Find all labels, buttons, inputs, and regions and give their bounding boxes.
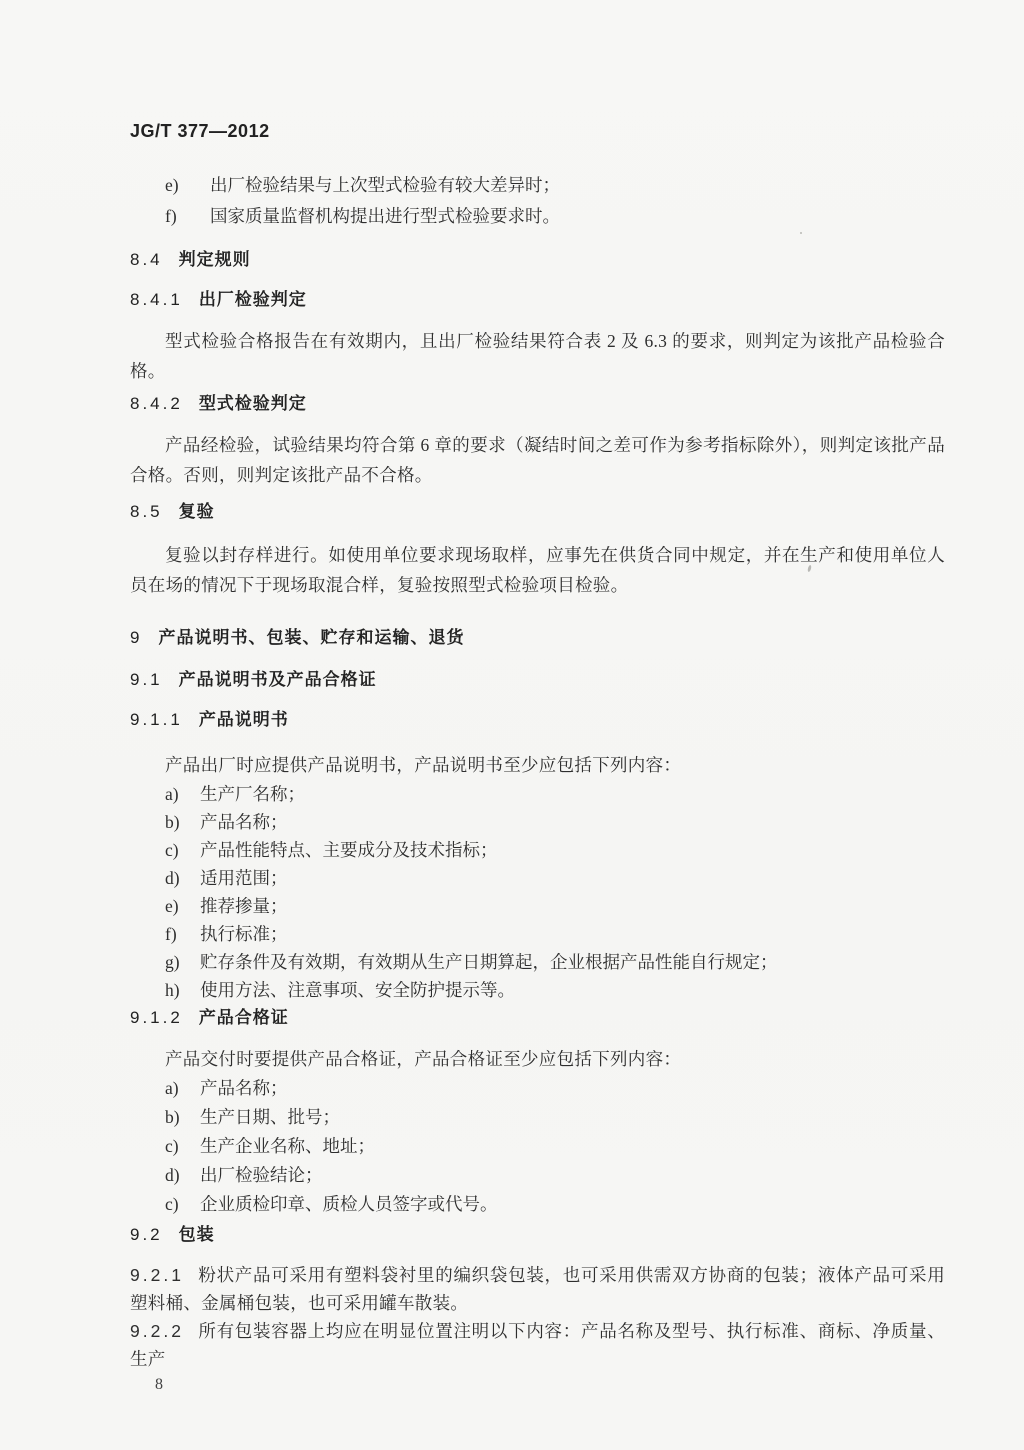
section-heading-8-4: 8.4判定规则	[130, 248, 945, 272]
paragraph-text: 粉状产品可采用有塑料袋衬里的编织袋包装，也可采用供需双方协商的包装；液体产品可采…	[130, 1265, 945, 1313]
list-marker: d)	[165, 1161, 200, 1190]
list-item: a) 产品名称；	[165, 1074, 945, 1103]
list-marker: c)	[165, 1132, 200, 1161]
list-item: b) 产品名称；	[165, 808, 945, 836]
section-heading-8-4-2: 8.4.2型式检验判定	[130, 392, 945, 416]
clause-title: 型式检验判定	[199, 394, 307, 413]
list-marker: b)	[165, 1103, 200, 1132]
list-item: f) 国家质量监督机构提出进行型式检验要求时。	[165, 201, 945, 232]
list-marker: e)	[165, 170, 210, 201]
list-item-text: 使用方法、注意事项、安全防护提示等。	[200, 976, 515, 1004]
list-item-text: 生产厂名称；	[200, 780, 305, 808]
clause-number: 9	[130, 628, 142, 647]
list-marker: c)	[165, 1190, 200, 1219]
section-heading-9: 9产品说明书、包装、贮存和运输、退货	[130, 626, 945, 650]
clause-title: 包装	[179, 1225, 215, 1244]
page-number: 8	[155, 1373, 945, 1397]
list-item: c) 产品性能特点、主要成分及技术指标；	[165, 836, 945, 864]
clause-title: 出厂检验判定	[199, 290, 307, 309]
clause-number: 8.4.2	[130, 394, 183, 413]
section-heading-8-5: 8.5复验	[130, 500, 945, 524]
paragraph-8-4-1: 型式检验合格报告在有效期内，且出厂检验结果符合表 2 及 6.3 的要求，则判定…	[130, 326, 945, 386]
list-item-text: 适用范围；	[200, 864, 288, 892]
list-item-text: 国家质量监督机构提出进行型式检验要求时。	[210, 201, 560, 232]
clause-title: 产品说明书及产品合格证	[179, 670, 377, 689]
list-marker: b)	[165, 808, 200, 836]
paragraph-9-2-2: 9.2.2所有包装容器上均应在明显位置注明以下内容：产品名称及型号、执行标准、商…	[130, 1317, 945, 1373]
list-item-text: 生产日期、批号；	[200, 1103, 340, 1132]
section-heading-9-1-1: 9.1.1产品说明书	[130, 708, 945, 732]
list-item-text: 推荐掺量；	[200, 892, 288, 920]
section-heading-9-1: 9.1产品说明书及产品合格证	[130, 668, 945, 692]
section-heading-9-2: 9.2包装	[130, 1223, 945, 1247]
list-item-text: 出厂检验结论；	[200, 1161, 323, 1190]
list-marker: g)	[165, 948, 200, 976]
paragraph-9-1-1-intro: 产品出厂时应提供产品说明书，产品说明书至少应包括下列内容：	[130, 750, 945, 780]
clause-number: 8.5	[130, 502, 163, 521]
list-marker: e)	[165, 892, 200, 920]
list-item: c) 企业质检印章、质检人员签字或代号。	[165, 1190, 945, 1219]
instruction-manual-contents-list: a) 生产厂名称； b) 产品名称； c) 产品性能特点、主要成分及技术指标； …	[165, 780, 945, 1004]
list-item: g) 贮存条件及有效期，有效期从生产日期算起，企业根据产品性能自行规定；	[165, 948, 945, 976]
clause-number: 9.2	[130, 1225, 163, 1244]
clause-number: 8.4	[130, 250, 163, 269]
list-marker: h)	[165, 976, 200, 1004]
certificate-contents-list: a) 产品名称； b) 生产日期、批号； c) 生产企业名称、地址； d) 出厂…	[165, 1074, 945, 1219]
list-item-text: 产品名称；	[200, 808, 288, 836]
list-item: a) 生产厂名称；	[165, 780, 945, 808]
section-heading-8-4-1: 8.4.1出厂检验判定	[130, 288, 945, 312]
paragraph-9-1-2-intro: 产品交付时要提供产品合格证，产品合格证至少应包括下列内容：	[130, 1044, 945, 1074]
clause-number: 9.1	[130, 670, 163, 689]
paragraph-9-2-1: 9.2.1粉状产品可采用有塑料袋衬里的编织袋包装，也可采用供需双方协商的包装；液…	[130, 1261, 945, 1317]
paragraph-text: 所有包装容器上均应在明显位置注明以下内容：产品名称及型号、执行标准、商标、净质量…	[130, 1321, 945, 1369]
list-item-text: 贮存条件及有效期，有效期从生产日期算起，企业根据产品性能自行规定；	[200, 948, 778, 976]
list-item: c) 生产企业名称、地址；	[165, 1132, 945, 1161]
list-marker: a)	[165, 1074, 200, 1103]
list-item: f) 执行标准；	[165, 920, 945, 948]
clause-number: 9.2.1	[130, 1265, 184, 1285]
list-item: d) 出厂检验结论；	[165, 1161, 945, 1190]
clause-number: 8.4.1	[130, 290, 183, 309]
clause-title: 复验	[179, 502, 215, 521]
section-heading-9-1-2: 9.1.2产品合格证	[130, 1006, 945, 1030]
list-marker: d)	[165, 864, 200, 892]
clause-number: 9.2.2	[130, 1321, 184, 1341]
list-item-text: 生产企业名称、地址；	[200, 1132, 375, 1161]
list-item-text: 产品名称；	[200, 1074, 288, 1103]
list-item: e) 出厂检验结果与上次型式检验有较大差异时；	[165, 170, 945, 201]
list-item-text: 出厂检验结果与上次型式检验有较大差异时；	[210, 170, 560, 201]
document-page: JG/T 377—2012 e) 出厂检验结果与上次型式检验有较大差异时； f)…	[0, 0, 1024, 1450]
list-marker: a)	[165, 780, 200, 808]
clause-title: 产品说明书	[199, 710, 289, 729]
list-marker: f)	[165, 201, 210, 232]
scan-artifact	[800, 232, 802, 234]
paragraph-8-5: 复验以封存样进行。如使用单位要求现场取样，应事先在供货合同中规定，并在生产和使用…	[130, 540, 945, 600]
type-inspection-conditions-list: e) 出厂检验结果与上次型式检验有较大差异时； f) 国家质量监督机构提出进行型…	[165, 170, 945, 232]
doc-code-header: JG/T 377—2012	[130, 120, 945, 142]
list-item: e) 推荐掺量；	[165, 892, 945, 920]
list-item: h) 使用方法、注意事项、安全防护提示等。	[165, 976, 945, 1004]
clause-title: 产品说明书、包装、贮存和运输、退货	[158, 628, 464, 647]
paragraph-8-4-2: 产品经检验，试验结果均符合第 6 章的要求（凝结时间之差可作为参考指标除外），则…	[130, 430, 945, 490]
list-item-text: 产品性能特点、主要成分及技术指标；	[200, 836, 498, 864]
list-item-text: 企业质检印章、质检人员签字或代号。	[200, 1190, 498, 1219]
list-item: d) 适用范围；	[165, 864, 945, 892]
clause-title: 产品合格证	[199, 1008, 289, 1027]
list-item: b) 生产日期、批号；	[165, 1103, 945, 1132]
list-item-text: 执行标准；	[200, 920, 288, 948]
clause-number: 9.1.2	[130, 1008, 183, 1027]
list-marker: f)	[165, 920, 200, 948]
clause-number: 9.1.1	[130, 710, 183, 729]
list-marker: c)	[165, 836, 200, 864]
clause-title: 判定规则	[179, 250, 251, 269]
